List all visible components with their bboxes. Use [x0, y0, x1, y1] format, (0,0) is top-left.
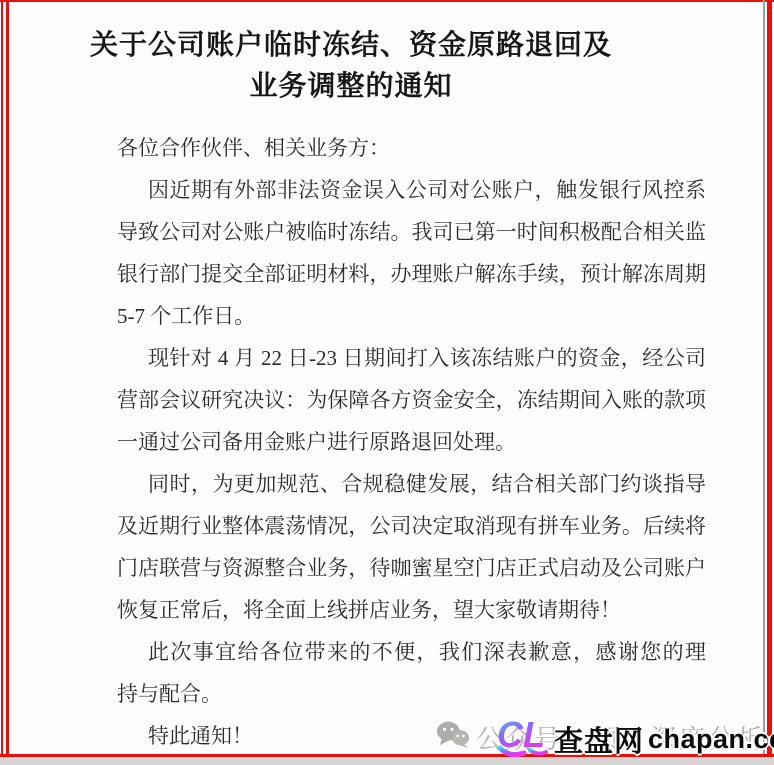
right-border-line-gray	[763, 0, 765, 755]
document-line: 5-7 个工作日。	[117, 295, 706, 337]
watermark-overlay: CL 查盘网 chapan.cc c	[496, 714, 774, 765]
watermark-site-url: chapan.cc	[648, 724, 774, 755]
document-line: 导致公司对公账户被临时冻结。我司已第一时间积极配合相关监管及	[117, 211, 706, 253]
document-line: 各位合作伙伴、相关业务方：	[117, 127, 706, 169]
document-title: 关于公司账户临时冻结、资金原路退回及 业务调整的通知	[2, 25, 700, 107]
wechat-icon	[436, 720, 470, 755]
left-border-line-outer	[1, 0, 3, 755]
document-line: 此次事宜给各位带来的不便，我们深表歉意，感谢您的理解、支	[117, 631, 706, 673]
watermark-site-name: 查盘网	[554, 719, 644, 760]
body-lines: 各位合作伙伴、相关业务方：因近期有外部非法资金误入公司对公账户，触发银行风控系统…	[117, 127, 706, 757]
document-line: 因近期有外部非法资金误入公司对公账户，触发银行风控系统，	[117, 169, 706, 211]
right-border-line	[767, 0, 772, 765]
document-line: 营部会议研究决议：为保障各方资金安全，冻结期间入账的款项将统	[117, 379, 706, 421]
document-line: 同时，为更加规范、合规稳健发展，结合相关部门约谈指导意见	[117, 463, 706, 505]
document-line: 门店联营与资源整合业务，待咖蜜星空门店正式启动及公司账户解冻	[117, 547, 706, 589]
document-title-line2: 业务调整的通知	[2, 66, 700, 107]
document-title-line1: 关于公司账户临时冻结、资金原路退回及	[2, 25, 700, 66]
top-border-line	[0, 0, 774, 2]
document-line: 银行部门提交全部证明材料，办理账户解冻手续，预计解冻周期为	[117, 253, 706, 295]
chapan-logo-icon: CL	[496, 714, 552, 765]
document-line: 现针对 4 月 22 日-23 日期间打入该冻结账户的资金，经公司运	[117, 337, 706, 379]
notice-document: 关于公司账户临时冻结、资金原路退回及 业务调整的通知 各位合作伙伴、相关业务方：…	[0, 0, 774, 765]
watermark: 公众号：项目深度分析 CL 查盘网 cha	[436, 714, 772, 762]
document-line: 及近期行业整体震荡情况，公司决定取消现有拼车业务。后续将聚焦	[117, 505, 706, 547]
left-border-line-inner	[6, 0, 9, 755]
document-line: 恢复正常后，将全面上线拼店业务，望大家敬请期待！	[117, 589, 706, 631]
document-line: 持与配合。	[117, 673, 706, 715]
document-line: 一通过公司备用金账户进行原路退回处理。	[117, 421, 706, 463]
